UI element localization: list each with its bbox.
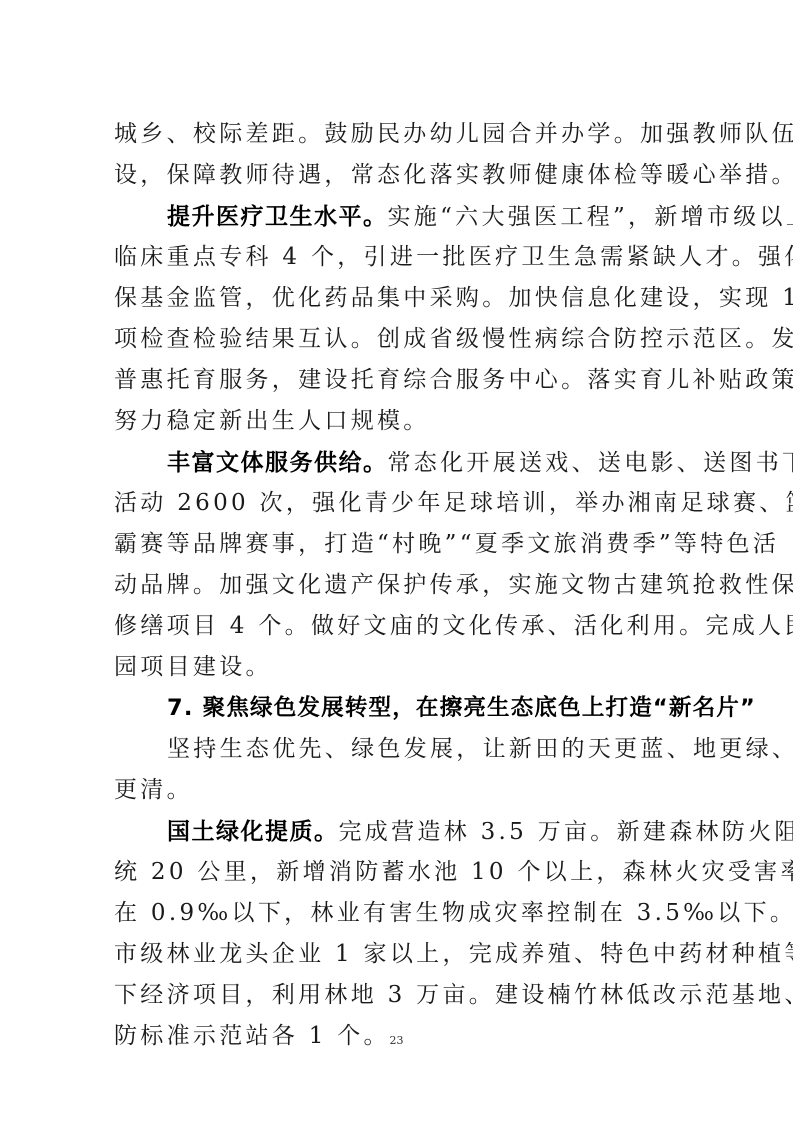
page-body: 城乡、校际差距。鼓励民办幼儿园合并办学。加强教师队伍建 设，保障教师待遇，常态化… (114, 114, 700, 1057)
text-line: 努力稳定新出生人口规模。 (114, 401, 700, 442)
text-line: 活动 2600 次，强化青少年足球培训，举办湘南足球赛、篮球争 (114, 483, 700, 524)
page-number: 23 (0, 1034, 793, 1047)
paragraph-lead-greening: 国土绿化提质。 (167, 818, 339, 845)
text-line: 设，保障教师待遇，常态化落实教师健康体检等暖心举措。 (114, 155, 700, 196)
section-heading-text: 7. 聚焦绿色发展转型，在擦亮生态底色上打造“新名片” (167, 695, 756, 721)
text-line: 更清。 (114, 770, 700, 811)
paragraph-lead-medical: 提升医疗卫生水平。 (167, 203, 388, 230)
text-line: 动品牌。加强文化遗产保护传承，实施文物古建筑抢救性保护 (114, 565, 700, 606)
text-line: 城乡、校际差距。鼓励民办幼儿园合并办学。加强教师队伍建 (114, 114, 700, 155)
text-line: 坚持生态优先、绿色发展，让新田的天更蓝、地更绿、水 (114, 729, 700, 770)
text-line: 普惠托育服务，建设托育综合服务中心。落实育儿补贴政策， (114, 360, 700, 401)
text-line: 市级林业龙头企业 1 家以上，完成养殖、特色中药材种植等林 (114, 934, 700, 975)
text-line: 临床重点专科 4 个，引进一批医疗卫生急需紧缺人才。强化医 (114, 237, 700, 278)
text-line: 项检查检验结果互认。创成省级慢性病综合防控示范区。发展 (114, 319, 700, 360)
paragraph-culture-first-line: 丰富文体服务供给。常态化开展送戏、送电影、送图书下乡 (114, 442, 700, 483)
section-heading-7: 7. 聚焦绿色发展转型，在擦亮生态底色上打造“新名片” (114, 688, 700, 729)
text-line: 下经济项目，利用林地 3 万亩。建设楠竹林低改示范基地、森 (114, 975, 700, 1016)
text-span: 常态化开展送戏、送电影、送图书下乡 (388, 450, 793, 476)
paragraph-medical-first-line: 提升医疗卫生水平。实施“六大强医工程”，新增市级以上 (114, 196, 700, 237)
text-line: 在 0.9‰以下，林业有害生物成灾率控制在 3.5‰以下。培育省 (114, 893, 700, 934)
paragraph-lead-culture: 丰富文体服务供给。 (167, 449, 388, 476)
text-line: 保基金监管，优化药品集中采购。加快信息化建设，实现 197 (114, 278, 700, 319)
text-span: 完成营造林 3.5 万亩。新建森林防火阻隔系 (339, 819, 793, 845)
document-page: 城乡、校际差距。鼓励民办幼儿园合并办学。加强教师队伍建 设，保障教师待遇，常态化… (0, 0, 793, 1122)
paragraph-greening-first-line: 国土绿化提质。完成营造林 3.5 万亩。新建森林防火阻隔系 (114, 811, 700, 852)
text-line: 修缮项目 4 个。做好文庙的文化传承、活化利用。完成人民公 (114, 606, 700, 647)
text-line: 统 20 公里，新增消防蓄水池 10 个以上，森林火灾受害率控制 (114, 852, 700, 893)
text-line: 霸赛等品牌赛事，打造“村晚”“夏季文旅消费季”等特色活 (114, 524, 700, 565)
text-span: 实施“六大强医工程”，新增市级以上 (388, 204, 793, 230)
text-line: 园项目建设。 (114, 647, 700, 688)
